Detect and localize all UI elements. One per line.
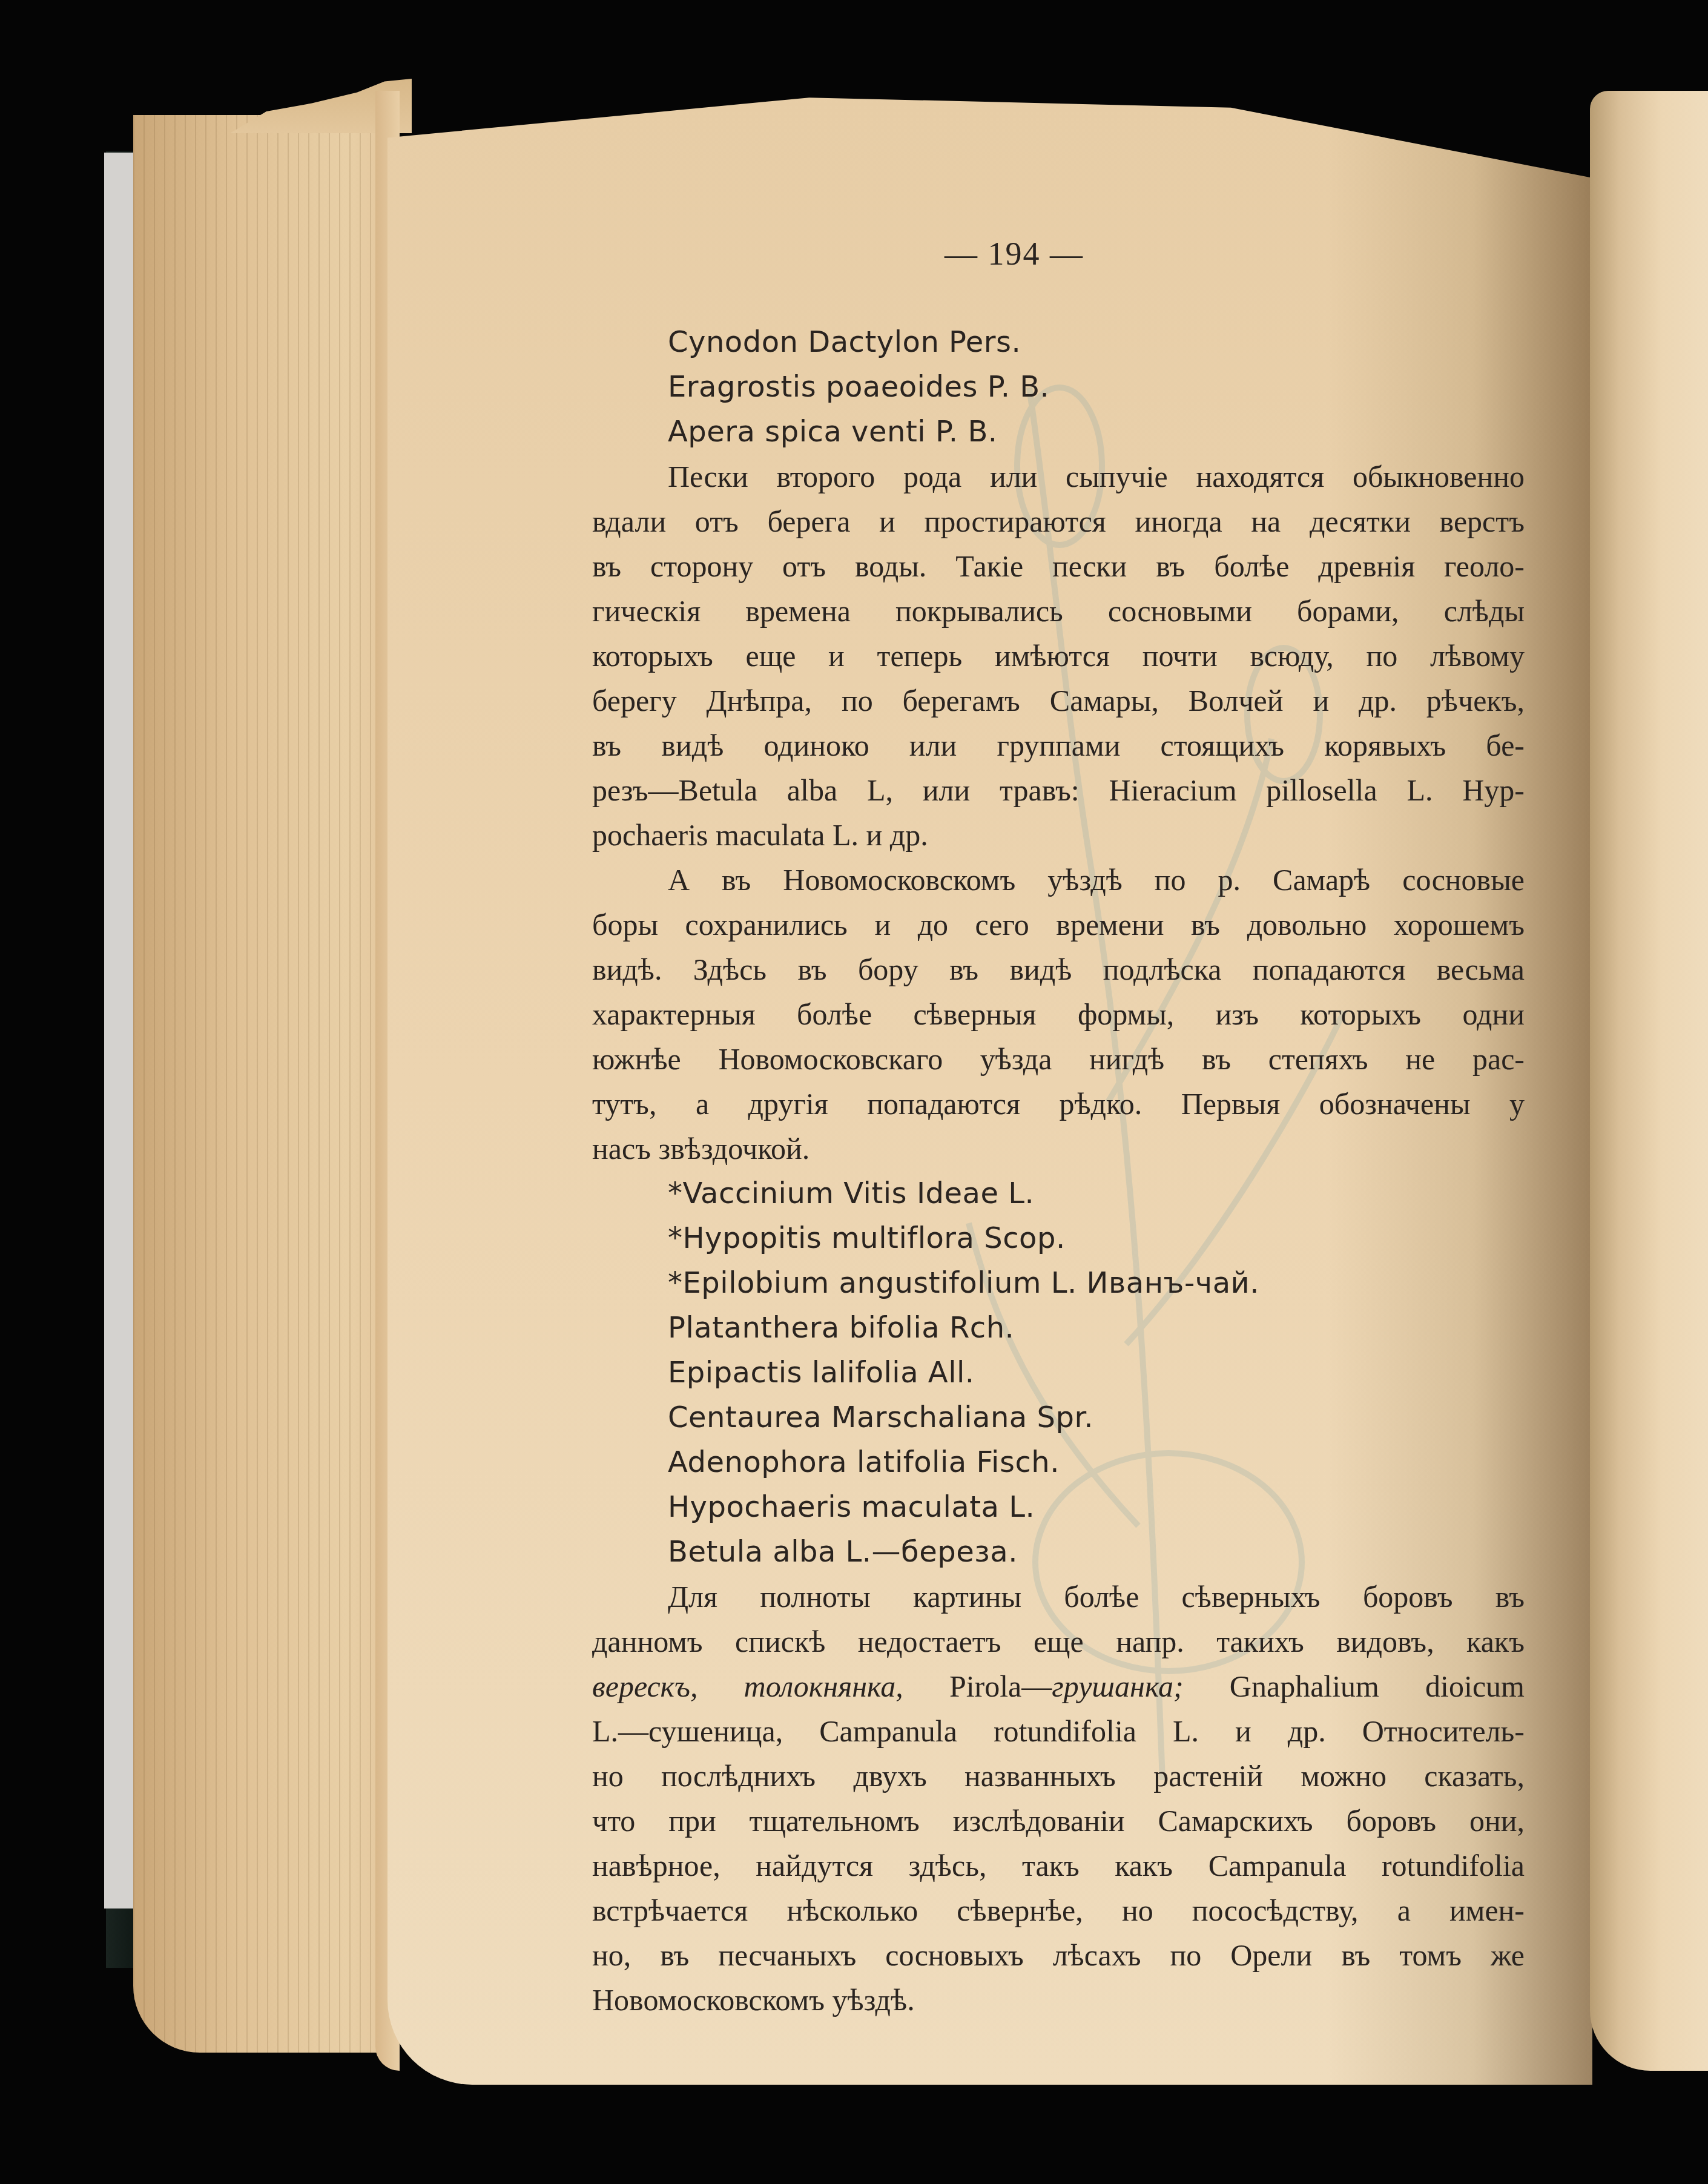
paragraph-completeness: Для полноты картины болѣе сѣверныхъ боро… bbox=[592, 1574, 1525, 2022]
text-line: боры сохранились и до сего времени въ до… bbox=[592, 902, 1525, 947]
text-line: навѣрное, найдутся здѣсь, такъ какъ Camp… bbox=[592, 1843, 1525, 1888]
text-line: южнѣе Новомосковскаго уѣзда нигдѣ въ сте… bbox=[592, 1037, 1525, 1081]
text-line: Пески второго рода или сыпучіе находятся… bbox=[592, 454, 1525, 499]
species-item: *Vaccinium Vitis Ideae L. bbox=[592, 1171, 1525, 1216]
species-item: *Epilobium angustifolium L. Иванъ-чай. bbox=[592, 1261, 1525, 1305]
text-line: Новомосковскомъ уѣздѣ. bbox=[592, 1978, 1525, 2022]
text-line: берегу Днѣпра, по берегамъ Самары, Волче… bbox=[592, 678, 1525, 723]
text-line: насъ звѣздочкой. bbox=[592, 1126, 1525, 1171]
paragraph-sands: Пески второго рода или сыпучіе находятся… bbox=[592, 454, 1525, 857]
species-item: Betula alba L.—береза. bbox=[592, 1529, 1525, 1574]
text-line: вдали отъ берега и простираются иногда н… bbox=[592, 499, 1525, 544]
text-line: данномъ спискѣ недостаетъ еще напр. таки… bbox=[592, 1619, 1525, 1664]
text-line: что при тщательномъ изслѣдованіи Самарск… bbox=[592, 1798, 1525, 1843]
text-line: видѣ. Здѣсь въ бору въ видѣ подлѣска поп… bbox=[592, 947, 1525, 992]
italic-common-name: грушанка; bbox=[1052, 1669, 1183, 1703]
text-line: L.—сушеница, Campanula rotundifolia L. и… bbox=[592, 1709, 1525, 1753]
species-item: Adenophora latifolia Fisch. bbox=[592, 1440, 1525, 1485]
text-line: характерныя болѣе сѣверныя формы, изъ ко… bbox=[592, 992, 1525, 1037]
text-line: pochaeris maculata L. и др. bbox=[592, 813, 1525, 857]
text-line: встрѣчается нѣсколько сѣвернѣе, но посос… bbox=[592, 1888, 1525, 1933]
text-line: гическія времена покрывались сосновыми б… bbox=[592, 589, 1525, 633]
text-line: резъ—Betula alba L, или травъ: Hieracium… bbox=[592, 768, 1525, 813]
species-item: *Hypopitis multiflora Scop. bbox=[592, 1216, 1525, 1261]
grass-species-line: Cynodon Dactylon Pers. bbox=[592, 320, 1525, 365]
species-item: Platanthera bifolia Rch. bbox=[592, 1305, 1525, 1350]
species-list: *Vaccinium Vitis Ideae L. *Hypopitis mul… bbox=[592, 1171, 1525, 1574]
page-body-text: Cynodon Dactylon Pers. Eragrostis poaeoi… bbox=[592, 182, 1525, 2022]
paragraph-novomoskovsk: А въ Новомосковскомъ уѣздѣ по р. Самарѣ … bbox=[592, 857, 1525, 1171]
species-item: Centaurea Marschaliana Spr. bbox=[592, 1395, 1525, 1440]
latin-name: Gnaphalium dioicum bbox=[1184, 1669, 1525, 1703]
italic-common-names: верескъ, толокнянка, bbox=[592, 1669, 903, 1703]
species-item: Epipactis lalifolia All. bbox=[592, 1350, 1525, 1395]
text-line: но, въ песчаныхъ сосновыхъ лѣсахъ по Оре… bbox=[592, 1933, 1525, 1978]
grass-species-line: Apera spica venti P. B. bbox=[592, 409, 1525, 454]
species-item: Hypochaeris maculata L. bbox=[592, 1485, 1525, 1529]
grass-species-line: Eragrostis poaeoides P. B. bbox=[592, 365, 1525, 409]
latin-name: Pirola— bbox=[903, 1669, 1052, 1703]
text-line: которыхъ еще и теперь имѣются почти всюд… bbox=[592, 633, 1525, 678]
text-line-mixed: верескъ, толокнянка, Pirola—грушанка; Gn… bbox=[592, 1664, 1525, 1709]
right-page-text-clip: Повеихъ вѣтраобыкновенили, по мденіями и… bbox=[1590, 0, 1708, 2184]
page-stack-edges bbox=[133, 115, 400, 2053]
text-line: въ сторону отъ воды. Такіе пески въ болѣ… bbox=[592, 544, 1525, 589]
text-line: Для полноты картины болѣе сѣверныхъ боро… bbox=[592, 1574, 1525, 1619]
text-line: но послѣднихъ двухъ названныхъ растеній … bbox=[592, 1753, 1525, 1798]
text-line: А въ Новомосковскомъ уѣздѣ по р. Самарѣ … bbox=[592, 857, 1525, 902]
text-line: въ видѣ одиноко или группами стоящихъ ко… bbox=[592, 723, 1525, 768]
text-line: тутъ, а другія попадаются рѣдко. Первыя … bbox=[592, 1081, 1525, 1126]
